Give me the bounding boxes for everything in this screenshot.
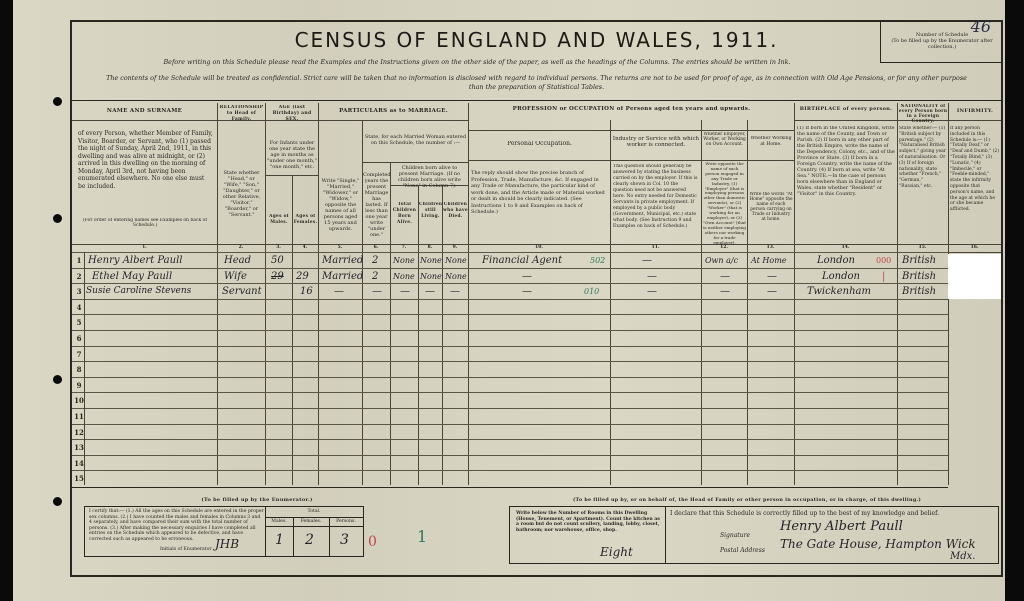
at-home: — (767, 284, 777, 299)
schedule-number-box: Number of Schedule (To be filled up by t… (880, 22, 1003, 63)
rooms-instruction: Write below the Number of Rooms in this … (516, 511, 661, 533)
table-row: 9 (72, 377, 948, 394)
header-occupation: PROFESSION or OCCUPATION of Persons aged… (469, 106, 794, 112)
table-row: 7 (72, 346, 948, 363)
children-died: None (445, 269, 467, 284)
persons-label: Persons. (329, 519, 363, 525)
col-number: 11. (610, 245, 701, 250)
relationship: Wife (224, 269, 247, 284)
total-males: 1 (275, 533, 284, 548)
total-persons: 3 (340, 533, 349, 548)
nationality: British (902, 253, 936, 268)
occupation: — (522, 284, 532, 299)
enumerator-heading: (To be filled up by the Enumerator.) (132, 497, 382, 503)
header-age-desc: For Infants under one year state the age… (267, 140, 317, 170)
header-children-born: Children born alive to present Marriage.… (392, 165, 467, 189)
header-personal-occ: Personal Occupation. (469, 141, 610, 147)
header-birthplace: BIRTHPLACE of every person. (795, 106, 897, 112)
address-label: Postal Address (720, 547, 765, 554)
table-row: 12 (72, 424, 948, 441)
instruction-line-3: than the preparation of Statistical Tabl… (72, 83, 1001, 91)
col-number: 3. (265, 245, 292, 250)
red-tally-mark: 0 (368, 535, 377, 550)
marriage-years: — (372, 284, 382, 299)
punch-hole (53, 375, 62, 384)
header-name: NAME AND SURNAME (72, 108, 217, 114)
males-label: Males. (265, 519, 293, 525)
total-females: 2 (305, 533, 314, 548)
header-relationship: RELATIONSHIP to Head of Family. (218, 105, 265, 123)
col-number: 12. (701, 245, 747, 250)
schedule-number: 46 (971, 24, 991, 30)
children-living: — (425, 284, 435, 299)
at-home: At Home (751, 253, 787, 268)
signature-label: Signature (720, 532, 750, 539)
punch-hole (53, 97, 62, 106)
census-schedule-page: CENSUS OF ENGLAND AND WALES, 1911. Numbe… (13, 0, 1005, 601)
initials-label: Initials of Enumerator (160, 547, 212, 553)
children-total: None (393, 253, 415, 268)
header-marriage-years: Completed years the present Marriage has… (363, 172, 390, 238)
col-number: 5. (318, 245, 362, 250)
col-number: 13. (747, 245, 794, 250)
table-row: 2 Ethel May Paull Wife 29 29 Married 2 N… (72, 268, 948, 285)
relationship: Head (224, 253, 251, 268)
rooms-count: Eight (600, 545, 633, 560)
children-total: — (400, 284, 410, 299)
header-children-living: Children still Living. (419, 202, 442, 220)
signature: Henry Albert Paull (780, 519, 903, 534)
instruction-line-1: Before writing on this Schedule please r… (72, 58, 882, 66)
employment-status: — (720, 284, 730, 299)
header-nationality: NATIONALITY of every Person born in a Fo… (898, 104, 948, 124)
table-row: 5 (72, 314, 948, 331)
industry: — (647, 284, 657, 299)
header-at-home: Whether Working at Home. (748, 136, 794, 148)
col-number: 6. (362, 245, 390, 250)
birthplace: London (817, 253, 855, 268)
employment-status: Own a/c (705, 253, 738, 268)
at-home: — (767, 269, 777, 284)
header-industry-desc: This question should generally be answer… (613, 164, 699, 230)
header-children-died: Children who have Died. (443, 202, 468, 220)
industry: — (642, 253, 652, 268)
table-row: 13 (72, 439, 948, 456)
header-employer-desc: Write opposite the name of each person e… (703, 162, 746, 245)
header-relationship-desc: State whether "Head," or "Wife," "Son," … (219, 170, 264, 218)
postal-address: The Gate House, Hampton Wick (780, 537, 976, 552)
marital-status: Married (322, 269, 363, 284)
nationality: British (902, 284, 936, 299)
table-row: 10 (72, 392, 948, 409)
col-number: 4. (292, 245, 318, 250)
age-female: 16 (300, 284, 313, 299)
table-row: 3 Susie Caroline Stevens Servant 16 — — … (72, 283, 948, 300)
punch-hole (53, 214, 62, 223)
table-row: 6 (72, 330, 948, 347)
declaration-text: I declare that this Schedule is correctl… (670, 510, 939, 517)
table-row: 1 Henry Albert Paull Head 50 Married 2 N… (72, 252, 948, 269)
enumerator-box: I certify that:— (1.) All the ages on th… (84, 506, 364, 557)
col-number: 7. (390, 245, 418, 250)
total-label: Total. (265, 509, 363, 515)
table-row: 4 (72, 299, 948, 316)
header-children-total: Total Children Born Alive. (391, 202, 418, 226)
person-name: Susie Caroline Stevens (86, 284, 191, 299)
age-male: 50 (271, 253, 284, 268)
redacted-infirmity-column (948, 254, 1001, 299)
header-marriage-write: Write "Single," "Married," "Widower," or… (320, 178, 361, 232)
age-male: 29 (271, 269, 284, 284)
header-employer: Whether Employer, Worker, or Working on … (702, 132, 747, 147)
col-number: 16. (948, 245, 1001, 250)
children-living: None (420, 253, 442, 268)
nationality: British (902, 269, 936, 284)
enumerator-initials: JHB (215, 537, 239, 552)
col-number: 8. (418, 245, 442, 250)
punch-hole (53, 497, 62, 506)
header-industry: Industry or Service with which worker is… (611, 136, 701, 148)
marriage-years: 2 (372, 253, 378, 268)
marriage-years: 2 (372, 269, 378, 284)
table-row: 15 (72, 470, 948, 488)
children-died: — (450, 284, 460, 299)
birthplace: London (822, 269, 860, 284)
header-name-desc: of every Person, whether Member of Famil… (78, 130, 213, 190)
person-name: Henry Albert Paull (88, 253, 182, 268)
header-divider (72, 100, 1001, 101)
table-row: 8 (72, 361, 948, 378)
header-infirmity: INFIRMITY. (949, 108, 1001, 114)
table-row: 14 (72, 455, 948, 472)
col-number: 15. (897, 245, 948, 250)
relationship: Servant (222, 284, 262, 299)
header-infirmity-desc: If any person included in this Schedule … (950, 126, 1000, 213)
children-living: None (420, 269, 442, 284)
occupation: Financial Agent (482, 253, 562, 268)
census-form: CENSUS OF ENGLAND AND WALES, 1911. Numbe… (70, 20, 1003, 577)
header-age: AGE (last Birthday) and SEX. (266, 105, 318, 123)
form-title: CENSUS OF ENGLAND AND WALES, 1911. (72, 28, 1001, 52)
green-tally-mark: 1 (417, 529, 427, 544)
age-female: 29 (296, 269, 309, 284)
occupation-code: 010 (584, 284, 599, 299)
col-number: 2. (217, 245, 265, 250)
head-declaration-box: Write below the Number of Rooms in this … (509, 506, 999, 564)
header-name-note: (For order of entering names see Example… (76, 218, 214, 228)
children-total: None (393, 269, 415, 284)
marital-status: — (334, 284, 344, 299)
head-heading: (To be filled up by, or on behalf of, th… (512, 497, 982, 503)
occupation: — (522, 269, 532, 284)
occupation-code: 502 (590, 253, 605, 268)
birthplace: Twickenham (807, 284, 871, 299)
birthplace-code: | (882, 269, 885, 284)
header-nationality-desc: State whether:— (1) "British subject by … (899, 126, 947, 190)
header-marriage: PARTICULARS as to MARRIAGE. (319, 108, 468, 114)
col-number: 14. (794, 245, 897, 250)
industry: — (647, 269, 657, 284)
col-number: 9. (442, 245, 468, 250)
birthplace-code: 000 (876, 253, 891, 268)
person-name: Ethel May Paull (92, 269, 172, 284)
marital-status: Married (322, 253, 363, 268)
header-personal-occ-desc: The reply should show the precise branch… (471, 170, 608, 216)
col-number: 10. (468, 245, 610, 250)
table-row: 11 (72, 408, 948, 425)
header-at-home-desc: Write the words "At Home" opposite the n… (749, 192, 793, 222)
header-age-males: Ages of Males. (266, 214, 292, 226)
header-marriage-woman: State, for each Married Woman entered on… (364, 134, 467, 146)
instruction-line-2: The contents of the Schedule will be tre… (72, 74, 1001, 82)
children-died: None (445, 253, 467, 268)
employment-status: — (720, 269, 730, 284)
header-birthplace-desc: (1) If born in the United Kingdom, write… (797, 126, 896, 198)
females-label: Females. (293, 519, 329, 525)
schedule-note: (To be filled up by the Enumerator after… (891, 38, 992, 50)
postal-address-county: Mdx. (950, 549, 975, 564)
col-number: 1. (72, 245, 217, 250)
header-age-females: Ages of Females. (293, 214, 318, 226)
